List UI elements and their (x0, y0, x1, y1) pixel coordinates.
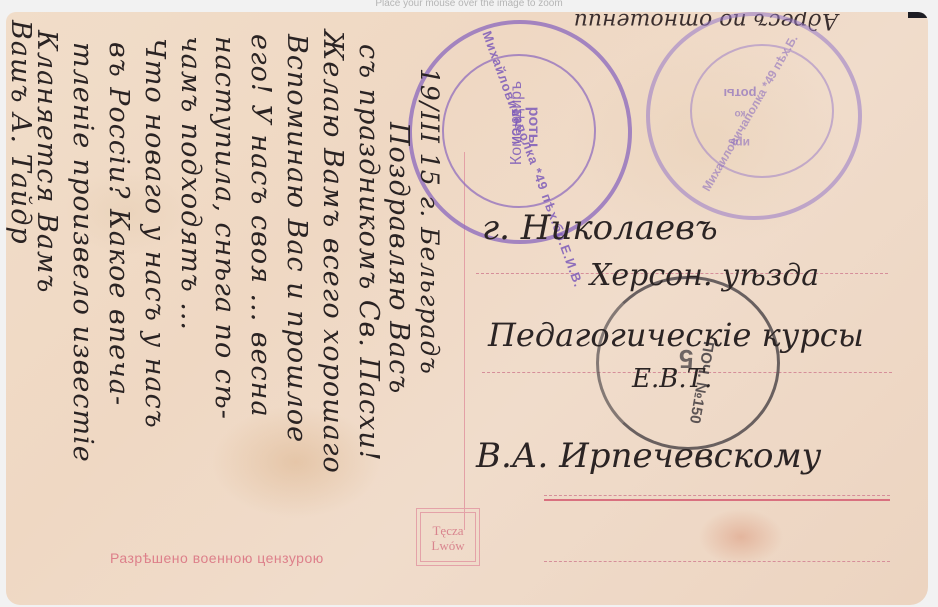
publisher-name: Tęcza (421, 523, 475, 538)
seal-right-center-1: роты (710, 86, 770, 101)
message-line-5: его! У насъ своя ... весна (245, 34, 276, 418)
address-rule-4 (544, 499, 890, 501)
address-line-5: В.А. Ирпечевскому (476, 436, 821, 476)
address-rule-3 (544, 495, 890, 496)
corner-shadow (908, 12, 928, 18)
address-rule-5 (544, 561, 890, 562)
message-line-7: чамъ подходятъ ... (175, 36, 206, 331)
seal-right-center-3: ирь (714, 136, 764, 150)
message-line-8: Что новаго у насъ у насъ (139, 38, 170, 429)
address-line-3: Педагогическіе курсы (488, 316, 864, 354)
address-line-1: г. Николаевъ (482, 208, 718, 248)
message-line-3: Желаю Вамъ всего хорошаго (317, 30, 348, 474)
publisher-city: Lwów (421, 538, 475, 553)
zoom-hint: Place your mouse over the image to zoom (0, 0, 938, 12)
postcard[interactable]: Адресъ по отношении Михайловичаполка *49… (6, 12, 928, 605)
message-date: 19/III 15 г. Бельградъ (415, 68, 444, 375)
postmark: ПОЧ. №150 5 (596, 276, 780, 450)
message-signature: Вашъ А. Тайдр (6, 20, 36, 245)
censor-text: Разрѣшено военною цензурою (110, 550, 324, 566)
address-line-2: Херсон. уѣзда (590, 258, 819, 293)
message-line-9: въ Россіи? Какое впеча- (103, 42, 134, 406)
message-line-6: наступила, снѣга по сѣ- (209, 36, 240, 420)
seal-right-center-2: ко (720, 108, 760, 119)
message-line-10: тленіе произвело известіе (67, 42, 98, 463)
seal-left-center-3: роты (524, 92, 542, 162)
publisher-box: Tęcza Lwów (420, 512, 476, 562)
message-line-4: Вспоминаю Вас и прошлое (281, 34, 312, 443)
regiment-seal-right: Михаиловичаполка *49 пѣх.Б. роты ко ирь (646, 12, 862, 220)
message-line-2: съ праздникомъ Св. Пасхи! (353, 44, 384, 462)
message-line-1: Поздравляю Васъ (383, 122, 414, 394)
address-line-4: Е.В.Т. (632, 364, 712, 394)
seal-left-center-2: 16-ой (509, 91, 525, 161)
